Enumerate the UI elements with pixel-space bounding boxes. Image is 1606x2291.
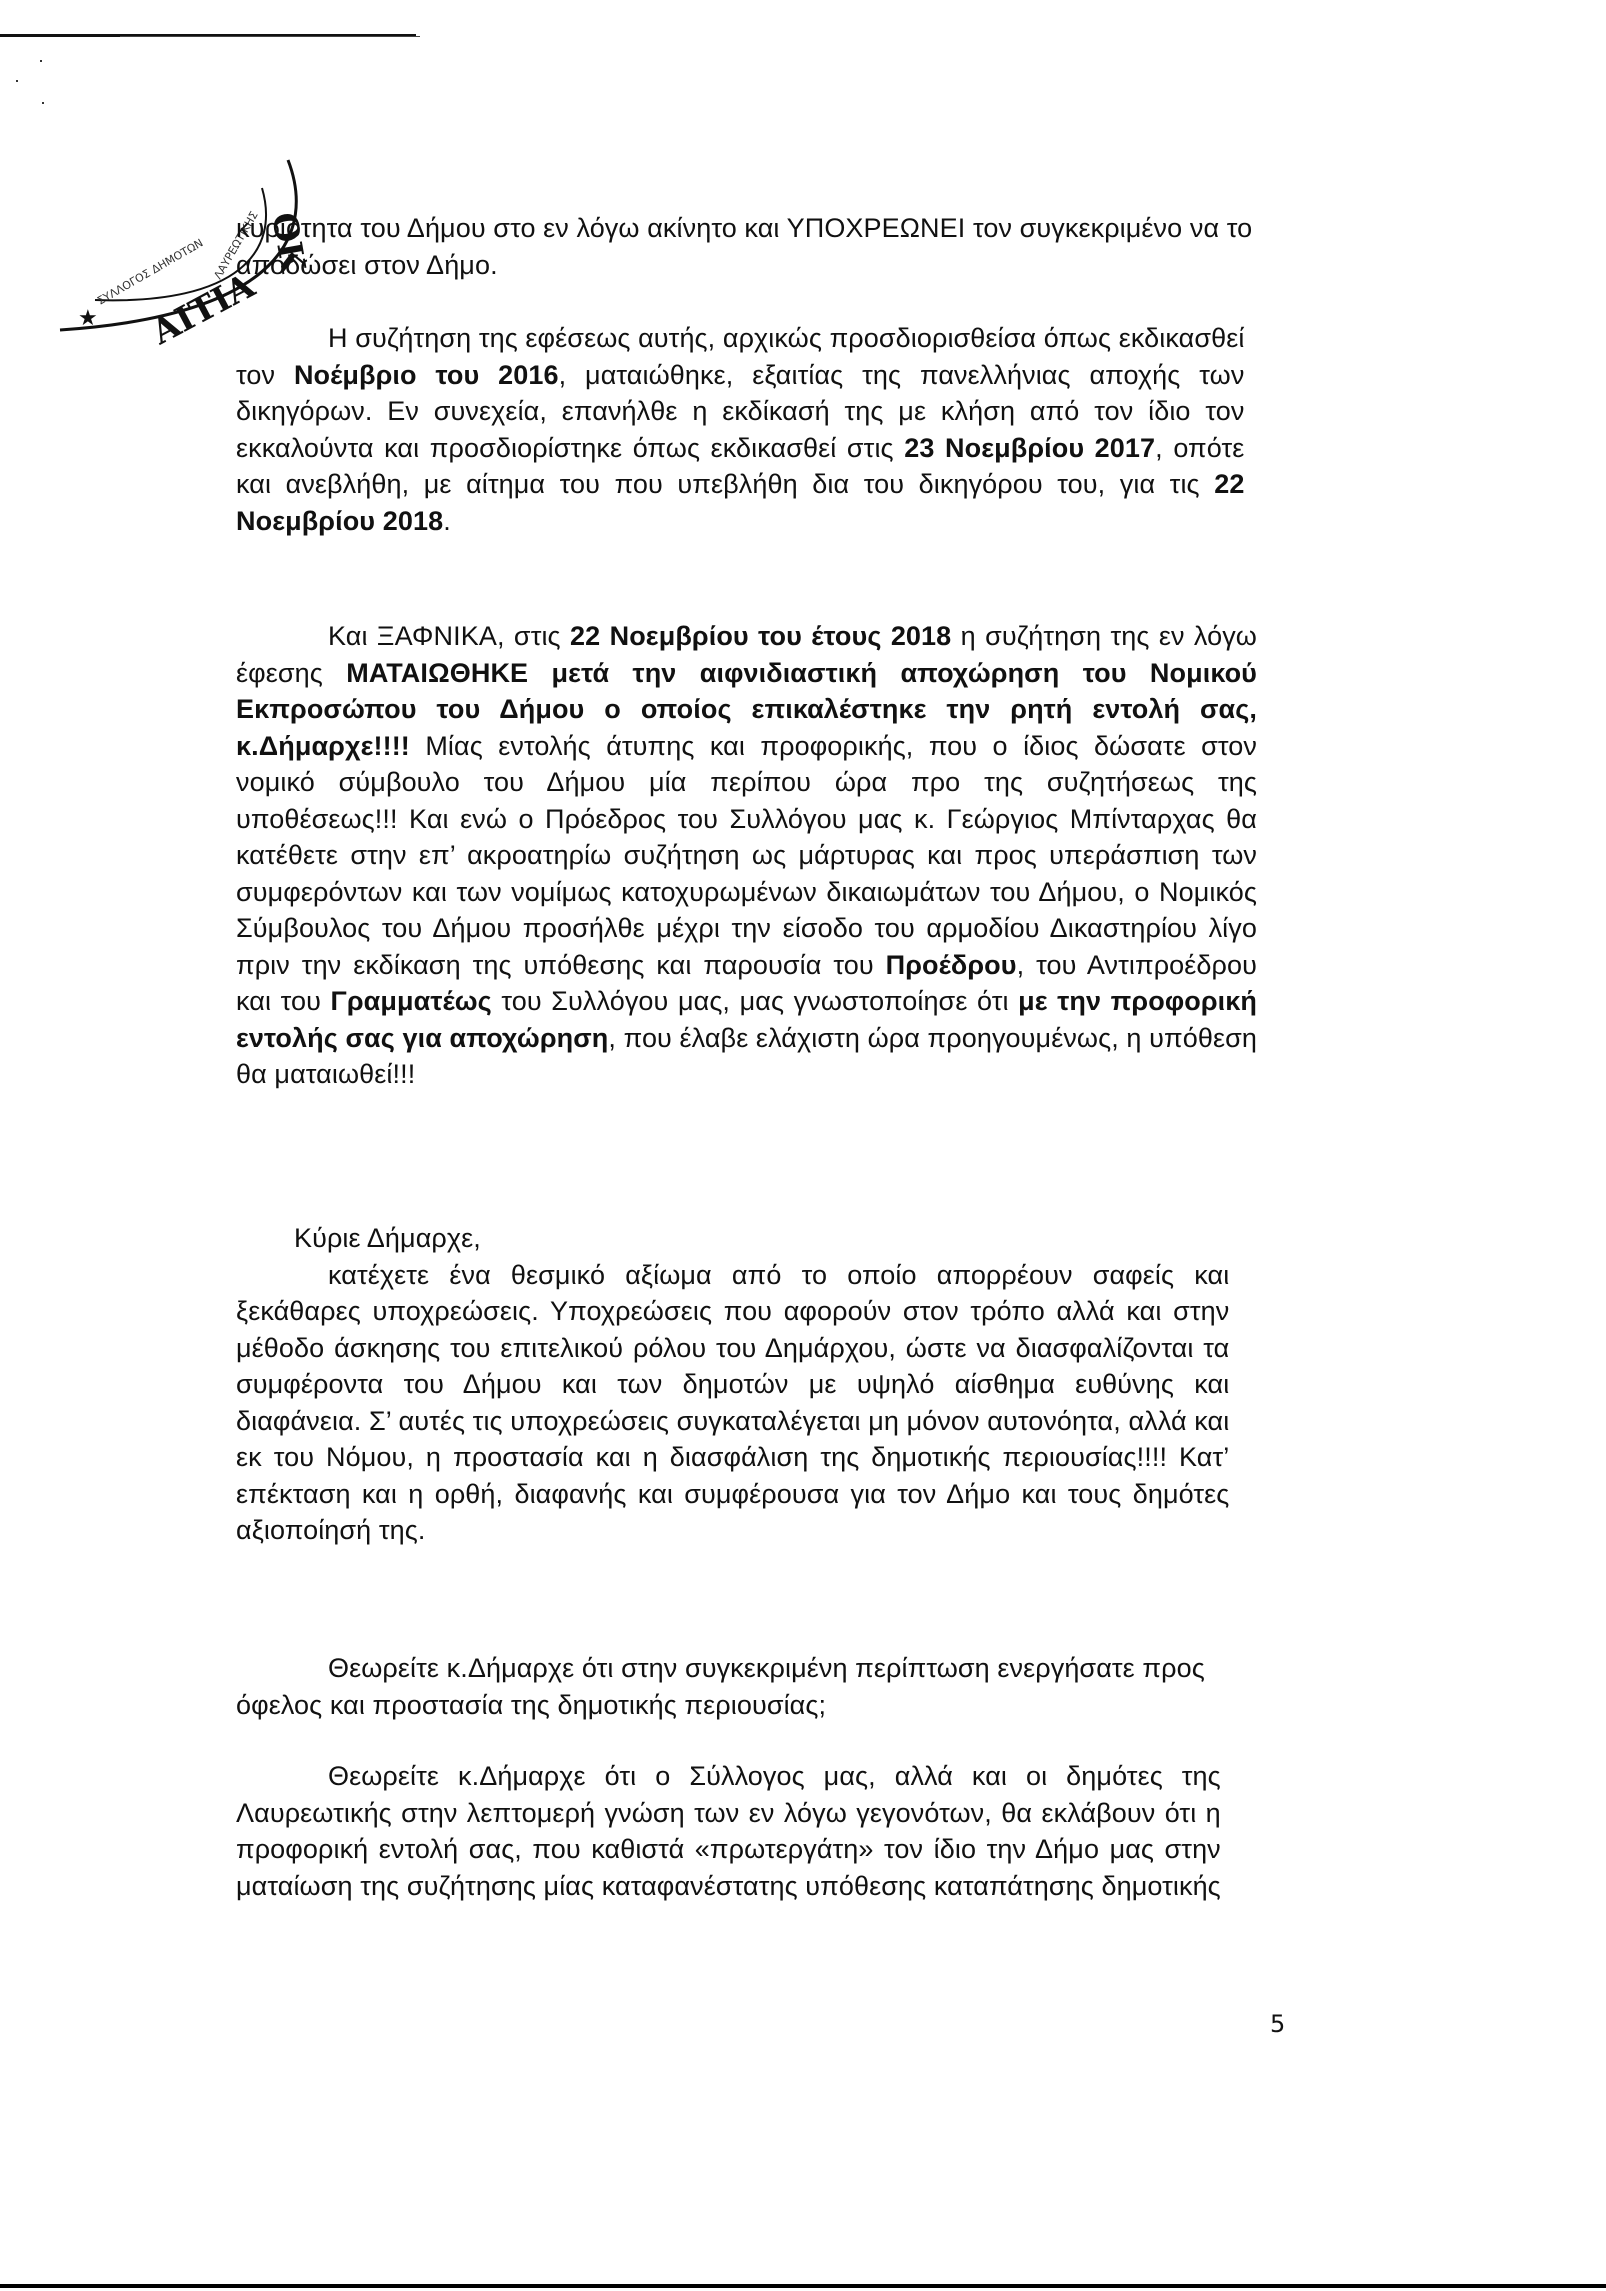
paragraph: Θεωρείτε κ.Δήμαρχε ότι στην συγκεκριμένη… xyxy=(236,1650,1205,1723)
scan-speck xyxy=(42,102,44,104)
text-line: πριν την εκδίκαση της υπόθεσης και παρου… xyxy=(236,947,1257,984)
text-run: και ανεβλήθη, με αίτημα του που υπεβλήθη… xyxy=(236,469,1214,499)
text-run: Η συζήτηση της εφέσεως αυτής, αρχικώς πρ… xyxy=(328,323,1244,353)
bottom-horizontal-rule xyxy=(0,2284,1606,2288)
text-run: όφελος και προστασία της δημοτικής περιο… xyxy=(236,1690,826,1720)
text-run: , οπότε xyxy=(1155,433,1244,463)
text-run: προφορική εντολή σας, που καθιστά «πρωτε… xyxy=(236,1834,1221,1864)
text-run: ξεκάθαρες υποχρεώσεις. Υποχρεώσεις που α… xyxy=(236,1296,1229,1326)
text-run: κατέχετε ένα θεσμικό αξίωμα από το οποίο… xyxy=(328,1260,1229,1290)
bold-text: Εκπροσώπου του Δήμου ο οποίος επικαλέστη… xyxy=(236,694,1257,724)
text-run: έφεσης xyxy=(236,658,346,688)
text-run: αποδώσει στον Δήμο. xyxy=(236,250,498,280)
svg-text:★: ★ xyxy=(78,305,98,330)
bold-text: Προέδρου xyxy=(886,950,1017,980)
text-run: . xyxy=(443,506,451,536)
bold-text: με την προφορική xyxy=(1018,986,1257,1016)
bold-text: εντολής σας για αποχώρηση xyxy=(236,1023,608,1053)
text-line: έφεσης ΜΑΤΑΙΩΘΗΚΕ μετά την αιφνιδιαστική… xyxy=(236,655,1257,692)
scan-speck xyxy=(40,60,42,62)
text-line: Θεωρείτε κ.Δήμαρχε ότι στην συγκεκριμένη… xyxy=(236,1650,1205,1687)
text-line: ξεκάθαρες υποχρεώσεις. Υποχρεώσεις που α… xyxy=(236,1293,1229,1330)
text-line: θα ματαιωθεί!!! xyxy=(236,1056,1257,1093)
text-line: εντολής σας για αποχώρηση, που έλαβε ελά… xyxy=(236,1020,1257,1057)
text-line: Σύμβουλος του Δήμου προσήλθε μέχρι την ε… xyxy=(236,910,1257,947)
bold-text: ΜΑΤΑΙΩΘΗΚΕ μετά την αιφνιδιαστική αποχώρ… xyxy=(346,658,1257,688)
text-line: τον Νοέμβριο του 2016, ματαιώθηκε, εξαιτ… xyxy=(236,357,1244,394)
page-number: 5 xyxy=(1270,2010,1285,2038)
text-run: τον xyxy=(236,360,294,390)
paragraph: κυριότητα του Δήμου στο εν λόγω ακίνητο … xyxy=(236,210,1252,283)
text-line: ματαίωση της συζήτησης μίας καταφανέστατ… xyxy=(236,1868,1221,1905)
text-run: εκ του Νόμου, η προστασία και η διασφάλι… xyxy=(236,1442,1229,1472)
text-run: αξιοποίησή της. xyxy=(236,1515,426,1545)
text-line: συμφερόντων και των νομίμως κατοχυρωμένω… xyxy=(236,874,1257,911)
bold-text: Γραμματέως xyxy=(331,986,492,1016)
text-line: νομικό σύμβουλο του Δήμου μία περίπου ώρ… xyxy=(236,764,1257,801)
salutation: Κύριε Δήμαρχε, xyxy=(236,1220,1229,1257)
text-line: δικηγόρων. Εν συνεχεία, επανήλθε η εκδίκ… xyxy=(236,393,1244,430)
text-run: ματαίωση της συζήτησης μίας καταφανέστατ… xyxy=(236,1871,1221,1901)
text-line: αποδώσει στον Δήμο. xyxy=(236,247,1252,284)
text-line: Η συζήτηση της εφέσεως αυτής, αρχικώς πρ… xyxy=(236,320,1244,357)
text-line: εκ του Νόμου, η προστασία και η διασφάλι… xyxy=(236,1439,1229,1476)
text-line: μέθοδο άσκησης του επιτελικού ρόλου του … xyxy=(236,1330,1229,1367)
text-run: η συζήτηση της εν λόγω xyxy=(951,621,1257,651)
paragraph: Και ΞΑΦΝΙΚΑ, στις 22 Νοεμβρίου του έτους… xyxy=(236,618,1257,1093)
text-line: κατέθετε στην επ’ ακροατηρίω συζήτηση ως… xyxy=(236,837,1257,874)
paragraph: Η συζήτηση της εφέσεως αυτής, αρχικώς πρ… xyxy=(236,320,1244,539)
paragraph: Κύριε Δήμαρχε, κατέχετε ένα θεσμικό αξίω… xyxy=(236,1220,1229,1549)
text-run: κατέθετε στην επ’ ακροατηρίω συζήτηση ως… xyxy=(236,840,1257,870)
bold-text: Νοεμβρίου 2018 xyxy=(236,506,443,536)
scan-speck xyxy=(16,80,18,82)
text-run: , ματαιώθηκε, εξαιτίας της πανελλήνιας α… xyxy=(559,360,1245,390)
text-run: υποθέσεως!!! Και ενώ ο Πρόεδρος του Συλλ… xyxy=(236,804,1257,834)
top-horizontal-rule-thin xyxy=(120,36,420,37)
text-run: του Συλλόγου μας, μας γνωστοποίησε ότι xyxy=(492,986,1018,1016)
text-run: Λαυρεωτικής στην λεπτομερή γνώση των εν … xyxy=(236,1798,1221,1828)
text-run: Μίας εντολής άτυπης και προφορικής, που … xyxy=(410,731,1257,761)
text-run: , του Αντιπροέδρου xyxy=(1017,950,1257,980)
text-run: μέθοδο άσκησης του επιτελικού ρόλου του … xyxy=(236,1333,1229,1363)
text-line: κυριότητα του Δήμου στο εν λόγω ακίνητο … xyxy=(236,210,1252,247)
bold-text: 22 xyxy=(1214,469,1244,499)
text-run: Και ΞΑΦΝΙΚΑ, στις xyxy=(328,621,570,651)
text-run: και του xyxy=(236,986,331,1016)
text-line: αξιοποίησή της. xyxy=(236,1512,1229,1549)
text-run: νομικό σύμβουλο του Δήμου μία περίπου ώρ… xyxy=(236,767,1257,797)
text-line: επέκταση και η ορθή, διαφανής και συμφέρ… xyxy=(236,1476,1229,1513)
text-run: Θεωρείτε κ.Δήμαρχε ότι στην συγκεκριμένη… xyxy=(328,1653,1205,1683)
paragraph: Θεωρείτε κ.Δήμαρχε ότι ο Σύλλογος μας, α… xyxy=(236,1758,1221,1904)
text-run: θα ματαιωθεί!!! xyxy=(236,1059,415,1089)
text-line: εκκαλούντα και προσδιορίστηκε όπως εκδικ… xyxy=(236,430,1244,467)
text-line: συμφέροντα του Δήμου και των δημοτών με … xyxy=(236,1366,1229,1403)
text-run: εκκαλούντα και προσδιορίστηκε όπως εκδικ… xyxy=(236,433,904,463)
text-line: και ανεβλήθη, με αίτημα του που υπεβλήθη… xyxy=(236,466,1244,503)
bold-text: κ.Δήμαρχε!!!! xyxy=(236,731,410,761)
text-line: Εκπροσώπου του Δήμου ο οποίος επικαλέστη… xyxy=(236,691,1257,728)
text-run: Σύμβουλος του Δήμου προσήλθε μέχρι την ε… xyxy=(236,913,1257,943)
text-run: διαφάνεια. Σ’ αυτές τις υποχρεώσεις συγκ… xyxy=(236,1406,1229,1436)
text-line: Λαυρεωτικής στην λεπτομερή γνώση των εν … xyxy=(236,1795,1221,1832)
text-run: συμφερόντων και των νομίμως κατοχυρωμένω… xyxy=(236,877,1257,907)
text-run: δικηγόρων. Εν συνεχεία, επανήλθε η εκδίκ… xyxy=(236,396,1244,426)
text-line: Και ΞΑΦΝΙΚΑ, στις 22 Νοεμβρίου του έτους… xyxy=(236,618,1257,655)
text-line: διαφάνεια. Σ’ αυτές τις υποχρεώσεις συγκ… xyxy=(236,1403,1229,1440)
text-run: κυριότητα του Δήμου στο εν λόγω ακίνητο … xyxy=(236,213,1252,243)
text-run: , που έλαβε ελάχιστη ώρα προηγουμένως, η… xyxy=(608,1023,1257,1053)
text-line: και του Γραμματέως του Συλλόγου μας, μας… xyxy=(236,983,1257,1020)
text-line: όφελος και προστασία της δημοτικής περιο… xyxy=(236,1687,1205,1724)
text-run: Θεωρείτε κ.Δήμαρχε ότι ο Σύλλογος μας, α… xyxy=(328,1761,1221,1791)
text-line: προφορική εντολή σας, που καθιστά «πρωτε… xyxy=(236,1831,1221,1868)
text-line: υποθέσεως!!! Και ενώ ο Πρόεδρος του Συλλ… xyxy=(236,801,1257,838)
text-run: συμφέροντα του Δήμου και των δημοτών με … xyxy=(236,1369,1229,1399)
bold-text: Νοέμβριο του 2016 xyxy=(294,360,559,390)
text-line: Νοεμβρίου 2018. xyxy=(236,503,1244,540)
text-run: πριν την εκδίκαση της υπόθεσης και παρου… xyxy=(236,950,886,980)
text-line: Θεωρείτε κ.Δήμαρχε ότι ο Σύλλογος μας, α… xyxy=(236,1758,1221,1795)
bold-text: 22 Νοεμβρίου του έτους 2018 xyxy=(570,621,951,651)
text-run: επέκταση και η ορθή, διαφανής και συμφέρ… xyxy=(236,1479,1229,1509)
text-line: κ.Δήμαρχε!!!! Μίας εντολής άτυπης και πρ… xyxy=(236,728,1257,765)
text-line: κατέχετε ένα θεσμικό αξίωμα από το οποίο… xyxy=(236,1257,1229,1294)
bold-text: 23 Νοεμβρίου 2017 xyxy=(904,433,1155,463)
